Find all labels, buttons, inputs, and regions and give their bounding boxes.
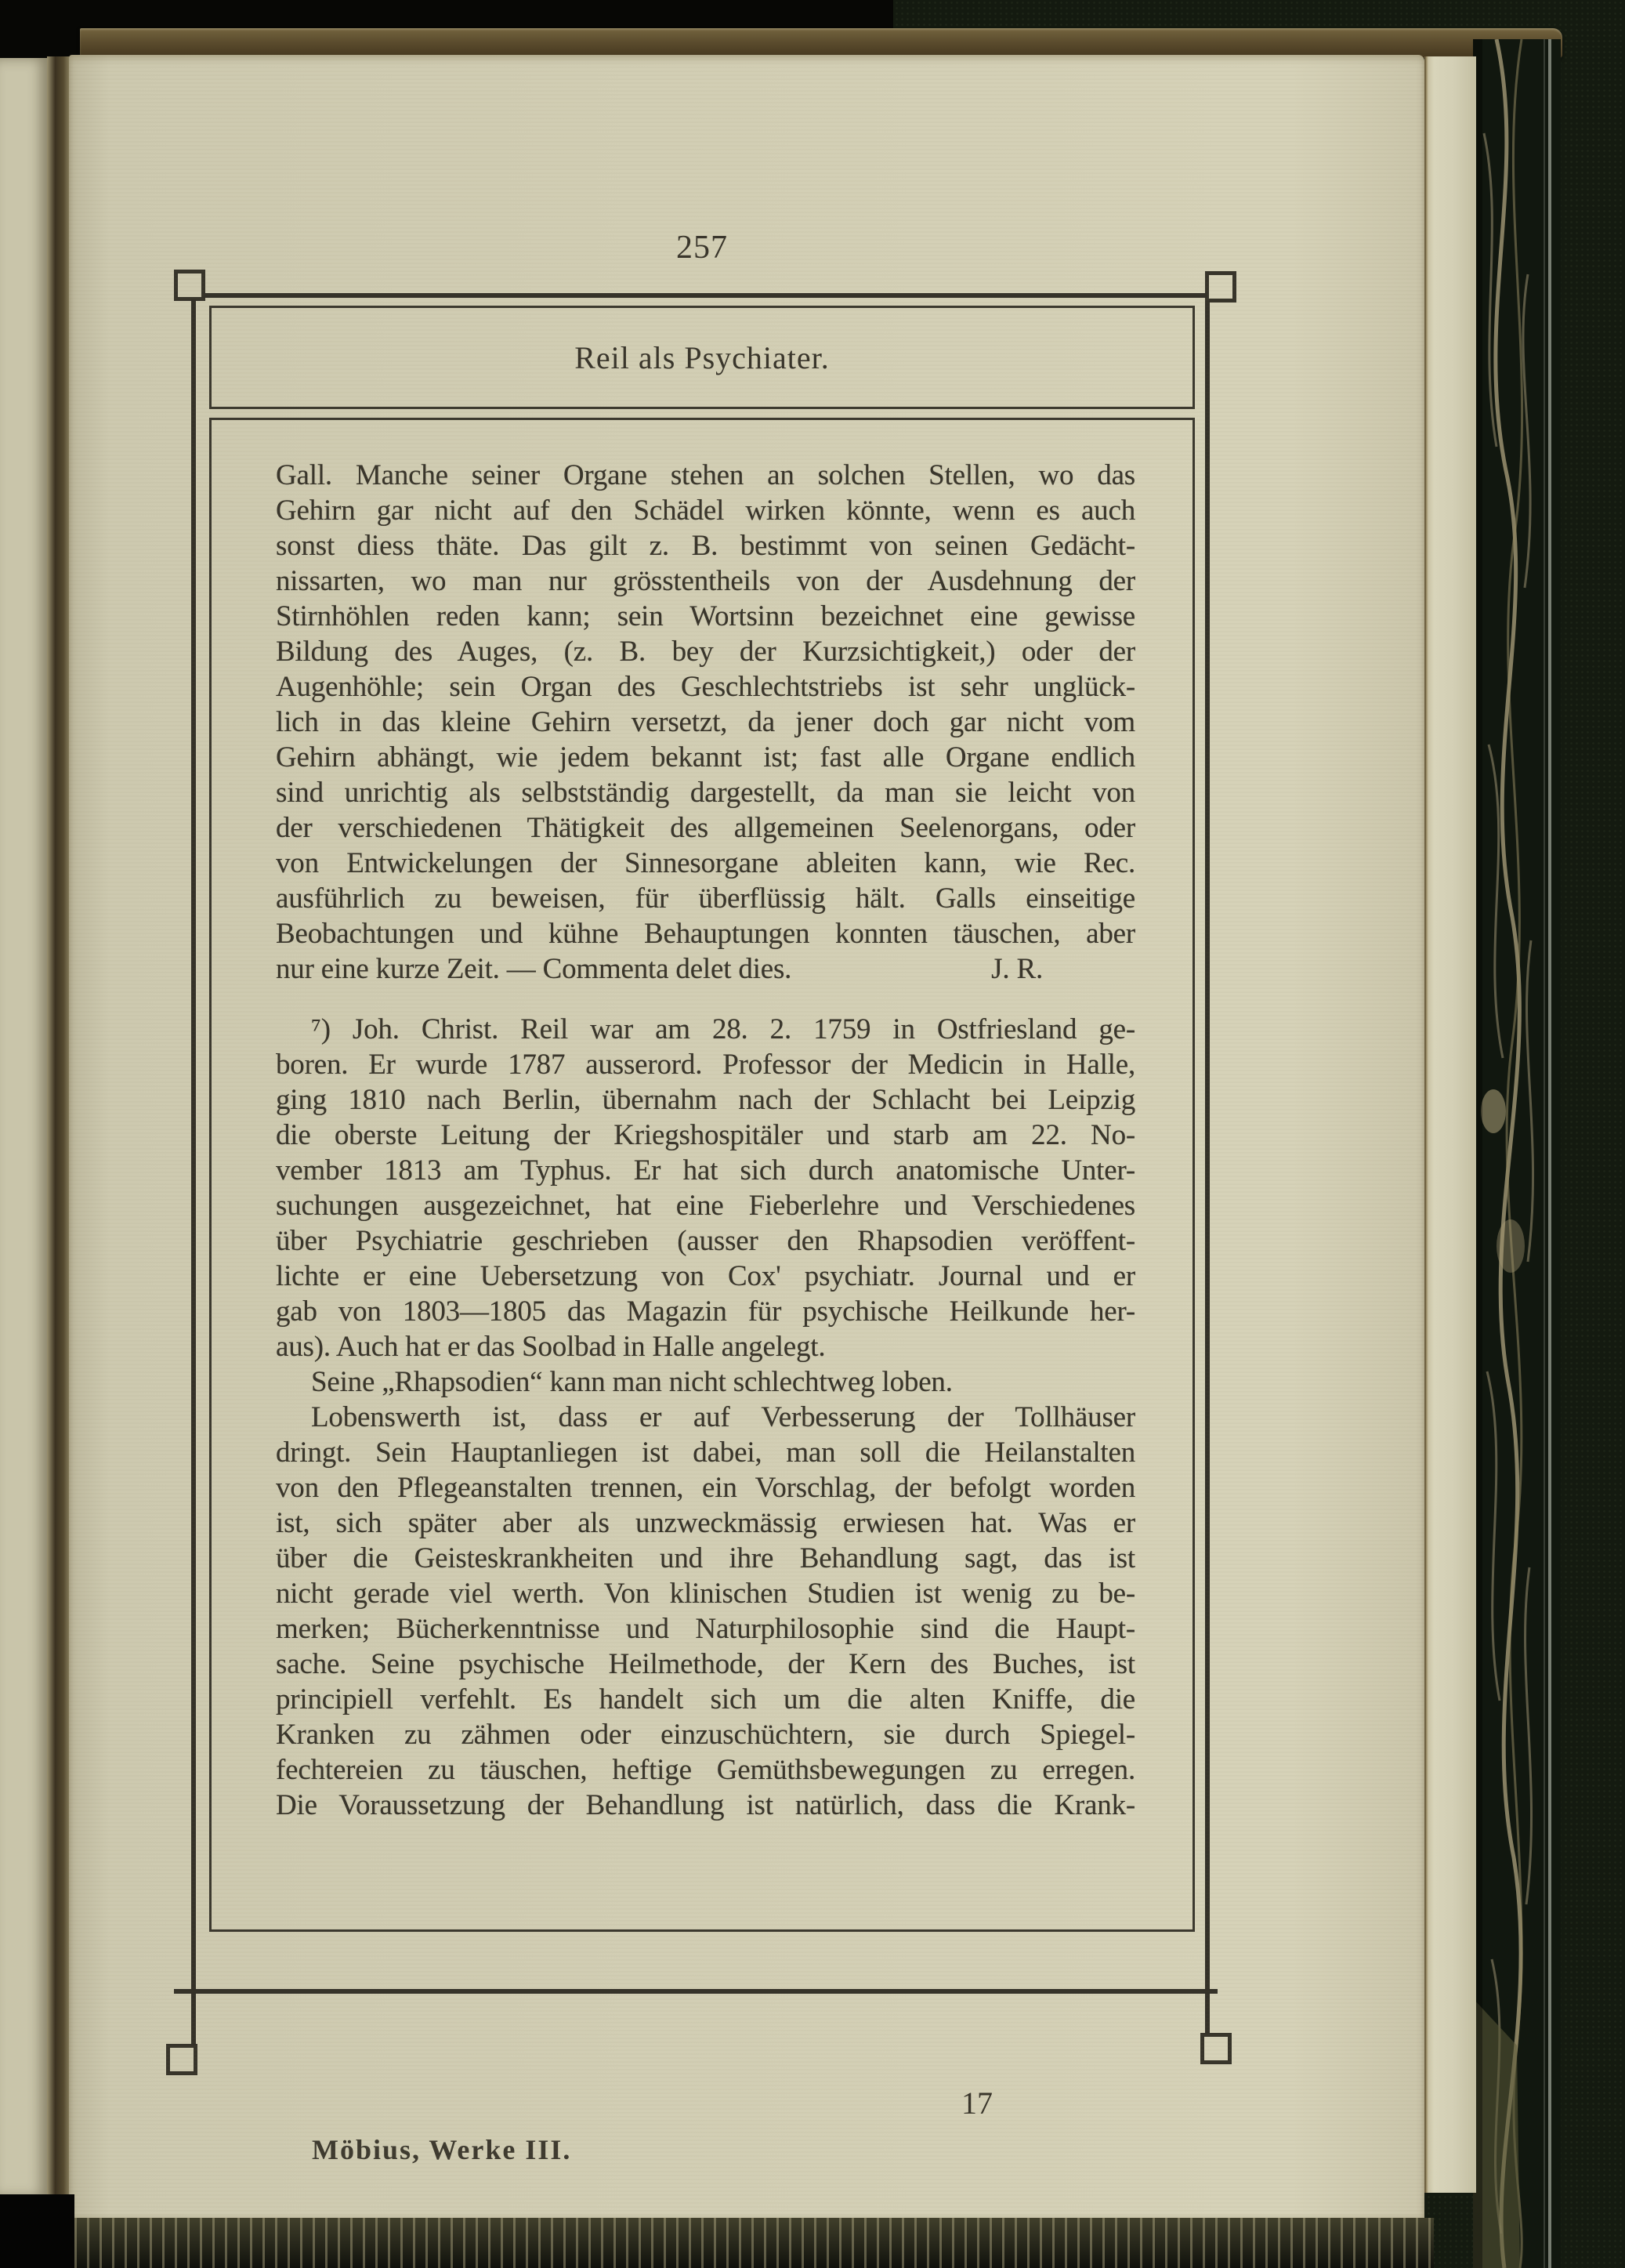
text-line: ⁷) Joh. Christ. Reil war am 28. 2. 1759 …: [276, 1012, 1135, 1047]
text-line: vember 1813 am Typhus. Er hat sich durch…: [276, 1153, 1135, 1188]
text-line: sache. Seine psychische Heilmethode, der…: [276, 1647, 1135, 1682]
text-line: sind unrichtig als selbstständig dargest…: [276, 775, 1135, 810]
running-head-title: Reil als Psychiater.: [574, 339, 830, 376]
scanner-shadow-bottom-left: [0, 2194, 74, 2268]
marble-pattern: [1473, 39, 1561, 2268]
frame-corner-square-bottom-right: [1200, 2033, 1232, 2064]
text-line: die oberste Leitung der Kriegshospitäler…: [276, 1118, 1135, 1153]
text-line: principiell verfehlt. Es handelt sich um…: [276, 1682, 1135, 1717]
text-line: gab von 1803—1805 das Magazin für psychi…: [276, 1294, 1135, 1329]
text-line: nicht gerade viel werth. Von klinischen …: [276, 1576, 1135, 1611]
book-page: 257 Reil als Psychiater. Gall. Manche se…: [69, 55, 1424, 2219]
text-line: nur eine kurze Zeit. — Commenta delet di…: [276, 951, 1135, 987]
text-block: Gall. Manche seiner Organe stehen an sol…: [276, 458, 1135, 1823]
frame-top-rule: [204, 293, 1207, 298]
text-line: der verschiedenen Thätigkeit des allgeme…: [276, 810, 1135, 846]
text-line: Beobachtungen und kühne Behauptungen kon…: [276, 916, 1135, 951]
text-line: suchungen ausgezeichnet, hat eine Fieber…: [276, 1188, 1135, 1223]
text-line: fechtereien zu täuschen, heftige Gemüths…: [276, 1752, 1135, 1788]
book-cover-marbled-edge: [1473, 39, 1561, 2268]
text-line: aus). Auch hat er das Soolbad in Halle a…: [276, 1329, 1135, 1364]
text-line: nissarten, wo man nur grösstentheils von…: [276, 563, 1135, 599]
text-line: über die Geisteskrankheiten und ihre Beh…: [276, 1541, 1135, 1576]
facing-page-sliver: [0, 58, 49, 2197]
running-head-box: Reil als Psychiater.: [209, 306, 1195, 409]
text-line: über Psychiatrie geschrieben (ausser den…: [276, 1223, 1135, 1259]
binding-gutter-shadow: [47, 56, 71, 2218]
frame-corner-square-bottom-left: [166, 2044, 197, 2075]
frame-right-rule: [1205, 301, 1210, 2034]
frame-corner-square-top-left: [174, 270, 205, 301]
text-line: Kranken zu zähmen oder einzuschüchtern, …: [276, 1717, 1135, 1752]
text-line: sonst diess thäte. Das gilt z. B. bestim…: [276, 528, 1135, 563]
text-line: Bildung des Auges, (z. B. bey der Kurzsi…: [276, 634, 1135, 669]
right-page-edges: [1424, 56, 1476, 2193]
text-line: lich in das kleine Gehirn versetzt, da j…: [276, 705, 1135, 740]
text-line: dringt. Sein Hauptanliegen ist dabei, ma…: [276, 1435, 1135, 1470]
bottom-page-edges: [74, 2218, 1434, 2268]
text-line: merken; Bücherkenntnisse und Naturphilos…: [276, 1611, 1135, 1647]
text-line: Gall. Manche seiner Organe stehen an sol…: [276, 458, 1135, 493]
scanned-book-page: 257 Reil als Psychiater. Gall. Manche se…: [0, 0, 1625, 2268]
text-line: von Entwickelungen der Sinnesorgane able…: [276, 846, 1135, 881]
text-line: Augenhöhle; sein Organ des Geschlechtstr…: [276, 669, 1135, 705]
text-line: ging 1810 nach Berlin, übernahm nach der…: [276, 1082, 1135, 1118]
text-line: boren. Er wurde 1787 ausserord. Professo…: [276, 1047, 1135, 1082]
text-line: Die Voraussetzung der Behandlung ist nat…: [276, 1788, 1135, 1823]
text-line: Gehirn gar nicht auf den Schädel wirken …: [276, 493, 1135, 528]
footer-imprint: Möbius, Werke III.: [312, 2133, 571, 2166]
text-line: Seine „Rhapsodien“ kann man nicht schlec…: [276, 1364, 1135, 1400]
text-line: lichte er eine Uebersetzung von Cox' psy…: [276, 1259, 1135, 1294]
text-line: ist, sich später aber als unzweckmässig …: [276, 1505, 1135, 1541]
text-line: Lobenswerth ist, dass er auf Verbesserun…: [276, 1400, 1135, 1435]
text-line: ausführlich zu beweisen, für überflüssig…: [276, 881, 1135, 916]
scanner-shadow-left: [0, 0, 86, 63]
text-line: von den Pflegeanstalten trennen, ein Vor…: [276, 1470, 1135, 1505]
book-cover-leather-edge: [80, 28, 1562, 58]
frame-left-rule: [191, 299, 196, 2045]
text-line: Stirnhöhlen reden kann; sein Wortsinn be…: [276, 599, 1135, 634]
text-line-left: nur eine kurze Zeit. — Commenta delet di…: [276, 951, 791, 987]
sheet-signature-number: 17: [899, 2085, 1055, 2121]
page-number: 257: [209, 231, 1195, 264]
text-line-right-initials: J. R.: [991, 951, 1135, 987]
frame-corner-square-top-right: [1205, 271, 1236, 303]
text-line: Gehirn abhängt, wie jedem bekannt ist; f…: [276, 740, 1135, 775]
frame-bottom-rule: [174, 1989, 1218, 1994]
